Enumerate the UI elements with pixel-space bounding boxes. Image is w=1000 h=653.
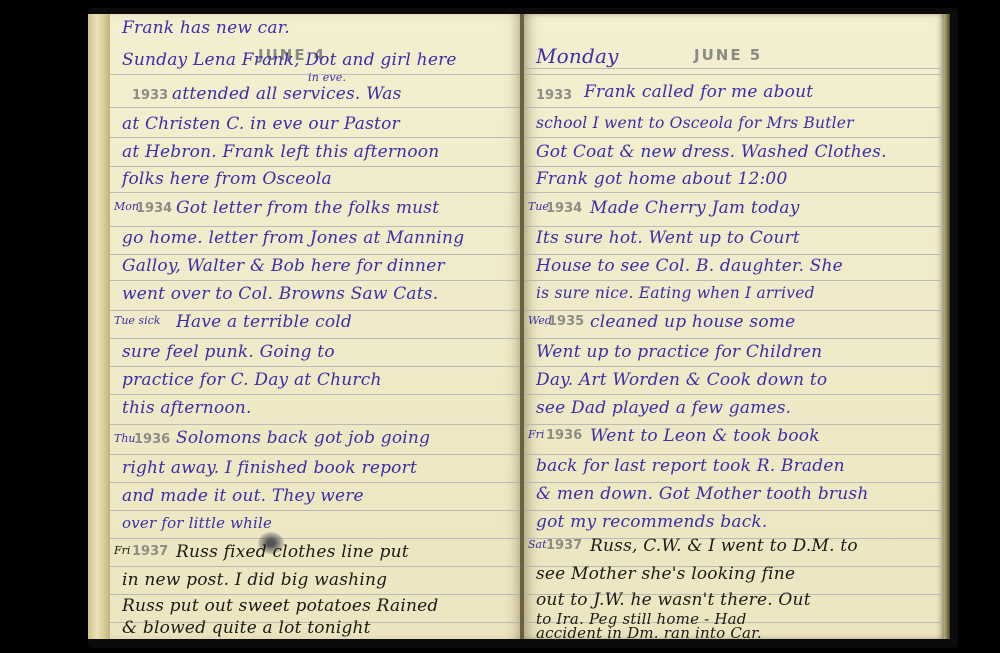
entry-line: Went up to practice for Children xyxy=(536,342,938,362)
entry-line: Frank called for me about xyxy=(584,82,938,102)
rule-line xyxy=(524,338,944,339)
rule-line xyxy=(110,454,522,455)
entry-line: Got Coat & new dress. Washed Clothes. xyxy=(536,142,938,162)
entry-line: Russ, C.W. & I went to D.M. to xyxy=(590,536,938,556)
weekday-note: Sat xyxy=(528,538,547,551)
entry-line: folks here from Osceola xyxy=(122,169,516,189)
entry-line: & blowed quite a lot tonight xyxy=(122,618,516,638)
page-stack-edge-left xyxy=(88,14,110,639)
entry-line: Russ put out sweet potatoes Rained xyxy=(122,596,516,616)
entry-line: attended all services. Was xyxy=(172,84,516,104)
page-stack-edge-right xyxy=(944,14,950,639)
year-label: 1935 xyxy=(548,314,584,329)
entry-line: Sunday Lena Frank, Dot and girl here xyxy=(122,50,516,70)
entry-line: went over to Col. Browns Saw Cats. xyxy=(122,284,516,304)
year-label: 1937 xyxy=(546,538,582,553)
rule-line xyxy=(110,510,522,511)
entry-line: Went to Leon & took book xyxy=(590,426,938,446)
entry-line: Galloy, Walter & Bob here for dinner xyxy=(122,256,516,276)
rule-line xyxy=(524,310,944,311)
year-label: 1936 xyxy=(134,432,170,447)
rule-line xyxy=(110,424,522,425)
top-note: Frank has new car. xyxy=(122,18,516,38)
entry-line: over for little while xyxy=(122,514,516,532)
entry-line: out to J.W. he wasn't there. Out xyxy=(536,590,938,610)
rule-line xyxy=(110,394,522,395)
rule-line xyxy=(524,226,944,227)
rule-line xyxy=(524,366,944,367)
rule-line xyxy=(110,280,522,281)
entry-line: Russ fixed clothes line put xyxy=(176,542,516,562)
entry-line: sure feel punk. Going to xyxy=(122,342,516,362)
rule-line xyxy=(110,366,522,367)
rule-line xyxy=(110,254,522,255)
entry-line: House to see Col. B. daughter. She xyxy=(536,256,938,276)
rule-line xyxy=(110,482,522,483)
entry-line: got my recommends back. xyxy=(536,512,938,532)
weekday-note: Thu xyxy=(114,432,136,445)
entry-line: Day. Art Worden & Cook down to xyxy=(536,370,938,390)
rule-line xyxy=(524,254,944,255)
rule-line xyxy=(110,166,522,167)
entry-line: is sure nice. Eating when I arrived xyxy=(536,284,938,302)
rule-line xyxy=(524,424,944,425)
year-label: 1936 xyxy=(546,428,582,443)
entry-line: Frank got home about 12:00 xyxy=(536,169,938,189)
entry-line: Its sure hot. Went up to Court xyxy=(536,228,938,248)
entry-line: and made it out. They were xyxy=(122,486,516,506)
year-label: 1933 xyxy=(536,88,572,103)
year-label: 1934 xyxy=(136,201,172,216)
weekday-note: Fri xyxy=(528,428,544,441)
interlinear-note: in eve. xyxy=(308,71,516,84)
year-label: 1933 xyxy=(132,88,168,103)
rule-line xyxy=(524,482,944,483)
entry-line: school I went to Osceola for Mrs Butler xyxy=(536,114,938,132)
rule-line xyxy=(524,454,944,455)
entry-line: back for last report took R. Braden xyxy=(536,456,938,476)
entry-line: Made Cherry Jam today xyxy=(590,198,938,218)
entry-line: & men down. Got Mother tooth brush xyxy=(536,484,938,504)
right-page: JUNE 5 Monday 1933 Frank called for me a… xyxy=(524,14,944,639)
entry-line: cleaned up house some xyxy=(590,312,938,332)
rule-line xyxy=(524,68,944,69)
rule-line xyxy=(524,280,944,281)
entry-line: see Mother she's looking fine xyxy=(536,564,938,584)
rule-line xyxy=(110,310,522,311)
rule-line xyxy=(110,566,522,567)
rule-line xyxy=(524,137,944,138)
entry-line: accident in Dm. ran into Car. xyxy=(536,624,938,639)
entry-line: at Christen C. in eve our Pastor xyxy=(122,114,516,134)
left-page: JUNE 4 Frank has new car. Sunday Lena Fr… xyxy=(110,14,522,639)
rule-line xyxy=(110,192,522,193)
entry-line: this afternoon. xyxy=(122,398,516,418)
rule-line xyxy=(524,394,944,395)
rule-line xyxy=(110,226,522,227)
year-label: 1934 xyxy=(546,201,582,216)
entry-line: see Dad played a few games. xyxy=(536,398,938,418)
rule-line xyxy=(524,74,944,75)
rule-line xyxy=(110,107,522,108)
entry-line: at Hebron. Frank left this afternoon xyxy=(122,142,516,162)
weekday-note: Fri xyxy=(114,544,130,557)
rule-line xyxy=(524,510,944,511)
entry-line: Solomons back got job going xyxy=(176,428,516,448)
entry-line: practice for C. Day at Church xyxy=(122,370,516,390)
rule-line xyxy=(524,107,944,108)
entry-line: in new post. I did big washing xyxy=(122,570,516,590)
rule-line xyxy=(110,538,522,539)
entry-line: go home. letter from Jones at Manning xyxy=(122,228,516,248)
entry-line: Have a terrible cold xyxy=(176,312,516,332)
rule-line xyxy=(110,338,522,339)
rule-line xyxy=(110,137,522,138)
entry-line: right away. I finished book report xyxy=(122,458,516,478)
weekday-note: Monday xyxy=(536,44,938,68)
entry-line: Got letter from the folks must xyxy=(176,198,516,218)
rule-line xyxy=(524,166,944,167)
rule-line xyxy=(524,192,944,193)
year-label: 1937 xyxy=(132,544,168,559)
rule-line xyxy=(110,594,522,595)
